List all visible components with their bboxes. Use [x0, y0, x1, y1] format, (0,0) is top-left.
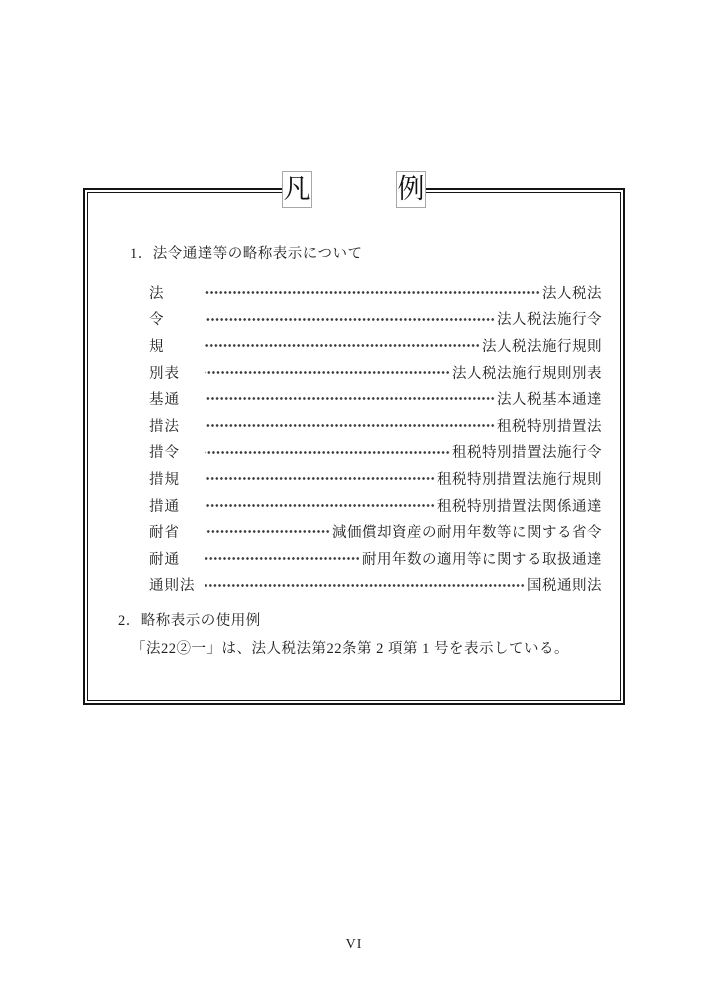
dotted-leader: [205, 492, 435, 519]
abbreviation-list: 法法人税法令法人税法施行令規法人税法施行規則別表法人税法施行規則別表基通法人税基…: [149, 279, 602, 598]
abbreviation-term: 令: [149, 308, 201, 329]
abbreviation-fullname: 耐用年数の適用等に関する取扱通達: [362, 548, 602, 569]
abbreviation-term: 通則法: [149, 574, 201, 595]
dotted-leader: [205, 439, 450, 466]
abbreviation-row: 別表法人税法施行規則別表: [149, 359, 602, 386]
dotted-leader: [205, 306, 495, 333]
abbreviation-term: 別表: [149, 362, 201, 383]
legend-frame: 凡 例 1．法令通達等の略称表示について 法法人税法令法人税法施行令規法人税法施…: [83, 188, 625, 705]
abbreviation-term: 措通: [149, 495, 201, 516]
abbreviation-row: 基通法人税基本通達: [149, 385, 602, 412]
abbreviation-term: 措法: [149, 415, 201, 436]
abbreviation-fullname: 減価償却資産の耐用年数等に関する省令: [332, 521, 602, 542]
abbreviation-term: 耐省: [149, 521, 201, 542]
abbreviation-row: 法法人税法: [149, 279, 602, 306]
dotted-leader: [205, 518, 330, 545]
dotted-leader: [205, 359, 450, 386]
section2-example: 「法22②一」は、法人税法第22条第 2 項第 1 号を表示している。: [131, 637, 569, 658]
abbreviation-row: 規法人税法施行規則: [149, 332, 602, 359]
abbreviation-term: 措令: [149, 441, 201, 462]
abbreviation-term: 規: [149, 335, 201, 356]
page-title-char-second: 例: [396, 171, 426, 208]
abbreviation-term: 基通: [149, 388, 201, 409]
abbreviation-row: 耐通耐用年数の適用等に関する取扱通達: [149, 545, 602, 572]
abbreviation-fullname: 法人税法施行規則: [482, 335, 602, 356]
abbreviation-row: 措法租税特別措置法: [149, 412, 602, 439]
dotted-leader: [205, 572, 525, 599]
page-title-char-first: 凡: [282, 171, 312, 208]
dotted-leader: [205, 412, 495, 439]
dotted-leader: [205, 465, 435, 492]
abbreviation-row: 措通租税特別措置法関係通達: [149, 492, 602, 519]
dotted-leader: [205, 279, 540, 306]
abbreviation-row: 通則法国税通則法: [149, 572, 602, 599]
dotted-leader: [205, 332, 480, 359]
section2-heading: 2．略称表示の使用例: [118, 609, 261, 630]
abbreviation-term: 法: [149, 282, 201, 303]
dotted-leader: [205, 545, 360, 572]
abbreviation-row: 令法人税法施行令: [149, 306, 602, 333]
abbreviation-fullname: 法人税法施行規則別表: [452, 362, 602, 383]
page-number: VI: [0, 937, 708, 953]
dotted-leader: [205, 385, 495, 412]
abbreviation-fullname: 法人税法施行令: [497, 308, 602, 329]
abbreviation-fullname: 租税特別措置法関係通達: [437, 495, 602, 516]
abbreviation-fullname: 租税特別措置法: [497, 415, 602, 436]
abbreviation-fullname: 租税特別措置法施行規則: [437, 468, 602, 489]
abbreviation-fullname: 法人税法: [542, 282, 602, 303]
page-title: 凡 例: [282, 171, 426, 208]
section1-heading: 1．法令通達等の略称表示について: [130, 242, 362, 263]
abbreviation-row: 措規租税特別措置法施行規則: [149, 465, 602, 492]
abbreviation-fullname: 法人税基本通達: [497, 388, 602, 409]
abbreviation-fullname: 租税特別措置法施行令: [452, 441, 602, 462]
abbreviation-term: 措規: [149, 468, 201, 489]
abbreviation-term: 耐通: [149, 548, 201, 569]
abbreviation-row: 耐省減価償却資産の耐用年数等に関する省令: [149, 518, 602, 545]
abbreviation-row: 措令租税特別措置法施行令: [149, 439, 602, 466]
abbreviation-fullname: 国税通則法: [527, 574, 602, 595]
